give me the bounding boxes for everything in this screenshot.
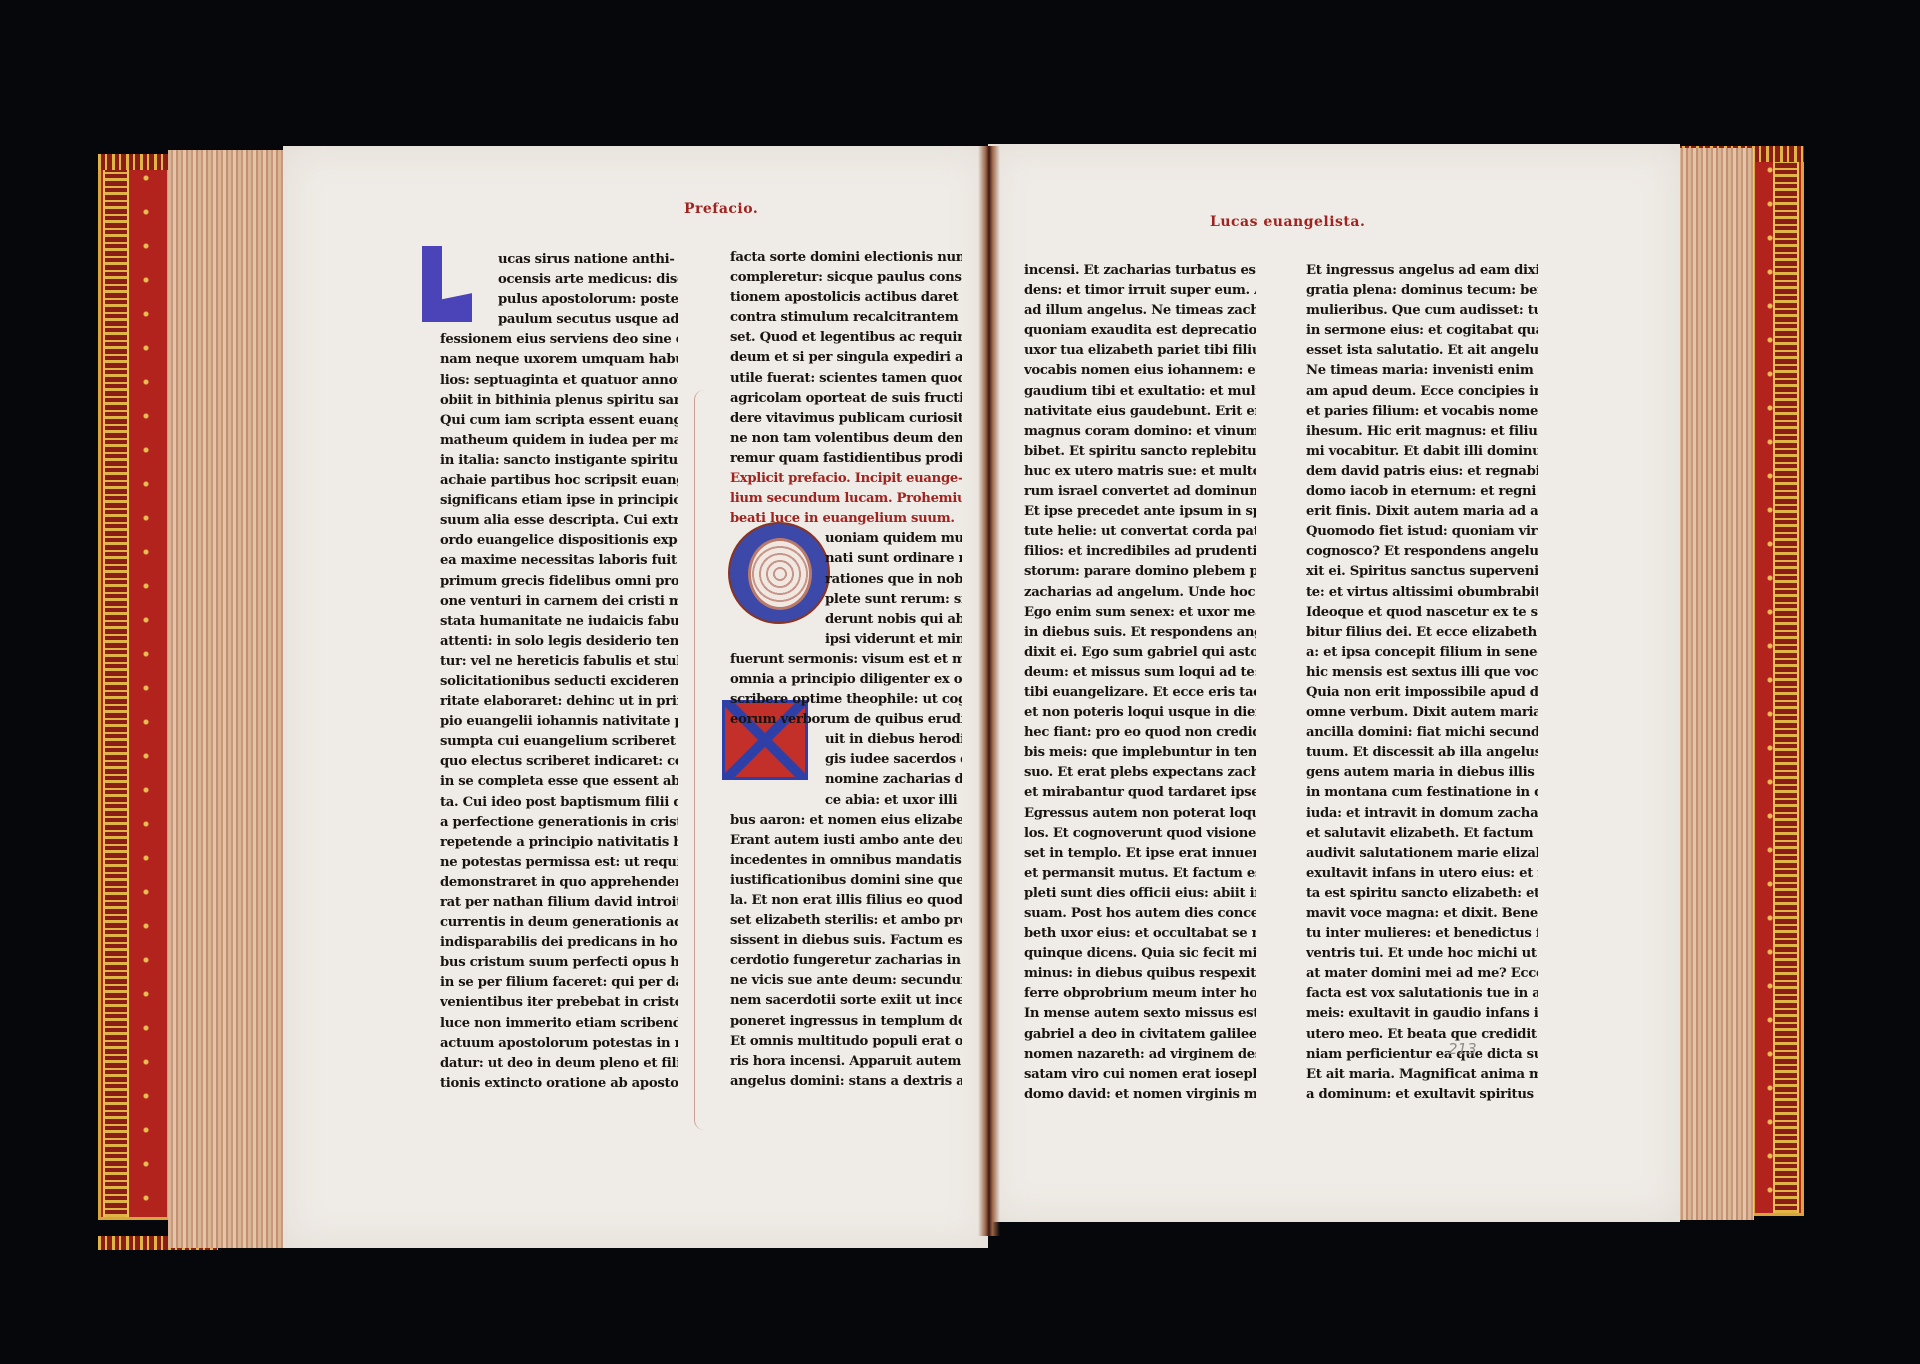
text-line: meis: exultavit in gaudio infans in bbox=[1306, 1004, 1538, 1024]
text-line: utile fuerat: scientes tamen quod operan… bbox=[730, 369, 962, 389]
text-line: rationes que in nobis com- bbox=[730, 570, 962, 590]
text-line: exultavit infans in utero eius: et reple… bbox=[1306, 864, 1538, 884]
text-line: Et ipse precedet ante ipsum in spiritu e… bbox=[1024, 502, 1256, 522]
text-line: ris hora incensi. Apparuit autem illi bbox=[730, 1052, 962, 1072]
text-line: datur: ut deo in deum pleno et filio per… bbox=[440, 1054, 678, 1074]
text-line: Erant autem iusti ambo ante deum: bbox=[730, 831, 962, 851]
text-line: deum: et missus sum loqui ad te: et hec bbox=[1024, 663, 1256, 683]
text-line: derunt nobis qui ab initio bbox=[730, 610, 962, 630]
text-line: nomine zacharias de vi- bbox=[730, 770, 962, 790]
text-line: tionem apostolicis actibus daret quem di… bbox=[730, 288, 962, 308]
text-line: sumpta cui euangelium scriberet et in bbox=[440, 732, 678, 752]
text-line: facta sorte domini electionis numerus bbox=[730, 248, 962, 268]
text-line: sissent in diebus suis. Factum est autem… bbox=[730, 931, 962, 951]
text-line: audivit salutationem marie elizabeth: bbox=[1306, 844, 1538, 864]
text-line: cerdotio fungeretur zacharias in ordi- bbox=[730, 951, 962, 971]
right-cover-binding bbox=[1752, 146, 1804, 1216]
text-line: nativitate eius gaudebunt. Erit enim bbox=[1024, 402, 1256, 422]
text-line: storum: parare domino plebem perfectam. … bbox=[1024, 562, 1256, 582]
text-line: quoniam exaudita est deprecatio tua. Et bbox=[1024, 321, 1256, 341]
text-line: iustificationibus domini sine quere- bbox=[730, 871, 962, 891]
text-line: currentis in deum generationis admisso- bbox=[440, 913, 678, 933]
text-line: tibi euangelizare. Et ecce eris tacens: bbox=[1024, 683, 1256, 703]
text-line: poneret ingressus in templum domini. bbox=[730, 1012, 962, 1032]
text-line: pleti sunt dies officii eius: abiit in d… bbox=[1024, 884, 1256, 904]
text-line: dixit ei. Ego sum gabriel qui asto ante bbox=[1024, 643, 1256, 663]
text-line: uoniam quidem multi co- bbox=[730, 529, 962, 549]
text-line: los. Et cognoverunt quod visionem vidis- bbox=[1024, 824, 1256, 844]
text-line: ritate elaboraret: dehinc ut in princi- bbox=[440, 692, 678, 712]
open-book: Prefacio. Lucas euangelista. ucas sirus … bbox=[0, 0, 1920, 1364]
text-line: incedentes in omnibus mandatis et bbox=[730, 851, 962, 871]
text-column-3: incensi. Et zacharias turbatus est vi- d… bbox=[1024, 261, 1256, 1105]
text-line: ucas sirus natione anthi- bbox=[440, 250, 678, 270]
text-line: rum israel convertet ad dominum deum ips… bbox=[1024, 482, 1256, 502]
text-column-2: facta sorte domini electionis numerus co… bbox=[730, 248, 962, 1092]
text-line: In mense autem sexto missus est angelus bbox=[1024, 1004, 1256, 1024]
text-line: mulieribus. Que cum audisset: turbata es… bbox=[1306, 301, 1538, 321]
text-line: rat per nathan filium david introitu re- bbox=[440, 893, 678, 913]
text-line: in italia: sancto instigante spiritu in bbox=[440, 451, 678, 471]
text-line: ta. Cui ideo post baptismum filii dei bbox=[440, 793, 678, 813]
text-line: tu inter mulieres: et benedictus fructus bbox=[1306, 924, 1538, 944]
text-line: iuda: et intravit in domum zacharie. bbox=[1306, 804, 1538, 824]
text-line: compleretur: sicque paulus consumma- bbox=[730, 268, 962, 288]
text-line: omne verbum. Dixit autem maria. Ecce bbox=[1306, 703, 1538, 723]
text-line: esset ista salutatio. Et ait angelus ei. bbox=[1306, 341, 1538, 361]
text-line: gratia plena: dominus tecum: benedicta t… bbox=[1306, 281, 1538, 301]
text-line: magnus coram domino: et vinum et siceram… bbox=[1024, 422, 1256, 442]
text-line: et paries filium: et vocabis nomen eius bbox=[1306, 402, 1538, 422]
text-line: fessionem eius serviens deo sine crimine… bbox=[440, 330, 678, 350]
text-line: te: et virtus altissimi obumbrabit tibi. bbox=[1306, 583, 1538, 603]
text-line: Ideoque et quod nascetur ex te sanctum: … bbox=[1306, 603, 1538, 623]
left-cover-binding bbox=[98, 154, 170, 1220]
text-column-4: Et ingressus angelus ad eam dixit. Ave g… bbox=[1306, 261, 1538, 1105]
fleur-de-lis-strip bbox=[131, 161, 161, 1213]
text-line: xit ei. Spiritus sanctus superveniet in bbox=[1306, 562, 1538, 582]
text-line: suum alia esse descripta. Cui extra ea q… bbox=[440, 511, 678, 531]
text-line: mavit voce magna: et dixit. Benedicta bbox=[1306, 904, 1538, 924]
marginal-filigree-decoration bbox=[694, 390, 715, 1130]
text-line: ancilla domini: fiat michi secundum verb… bbox=[1306, 723, 1538, 743]
text-line: am apud deum. Ecce concipies in utero bbox=[1306, 382, 1538, 402]
rubric-line: Explicit prefacio. Incipit euange- bbox=[730, 469, 962, 489]
text-line: lios: septuaginta et quatuor annorum bbox=[440, 371, 678, 391]
text-line: utero meo. Et beata que credidit: quo- bbox=[1306, 1025, 1538, 1045]
text-line: incensi. Et zacharias turbatus est vi- bbox=[1024, 261, 1256, 281]
text-line: quo electus scriberet indicaret: contest… bbox=[440, 752, 678, 772]
text-line: suo. Et erat plebs expectans zachariam: bbox=[1024, 763, 1256, 783]
text-line: bus aaron: et nomen eius elizabeth. bbox=[730, 811, 962, 831]
text-line: matheum quidem in iudea per marcum autem bbox=[440, 431, 678, 451]
text-line: bus cristum suum perfecti opus hominis r… bbox=[440, 953, 678, 973]
text-line: in montana cum festinatione in civitatem bbox=[1306, 783, 1538, 803]
text-line: niam perficientur ea que dicta sunt ei a… bbox=[1306, 1045, 1538, 1065]
text-line: ne non tam volentibus deum demonstrare v… bbox=[730, 429, 962, 449]
text-line: Et omnis multitudo populi erat orans fo- bbox=[730, 1032, 962, 1052]
text-line: nomen nazareth: ad virginem despon- bbox=[1024, 1045, 1256, 1065]
text-line: et salutavit elizabeth. Et factum est ut bbox=[1306, 824, 1538, 844]
text-line: gens autem maria in diebus illis abiit bbox=[1306, 763, 1538, 783]
text-line: nati sunt ordinare nar- bbox=[730, 549, 962, 569]
text-line: bitur filius dei. Et ecce elizabeth cogn… bbox=[1306, 623, 1538, 643]
text-line: erit finis. Dixit autem maria ad angelum… bbox=[1306, 502, 1538, 522]
text-line: a dominum: et exultavit spiritus meus in bbox=[1306, 1085, 1538, 1105]
text-line: quinque dicens. Quia sic fecit michi do- bbox=[1024, 944, 1256, 964]
text-line: ea maxime necessitas laboris fuit: ut bbox=[440, 551, 678, 571]
text-line: ad illum angelus. Ne timeas zacharia: bbox=[1024, 301, 1256, 321]
text-line: tuum. Et discessit ab illa angelus. Exsu… bbox=[1306, 743, 1538, 763]
book-gutter bbox=[978, 146, 1000, 1236]
rubric-line: lium secundum lucam. Prohemium ipsius bbox=[730, 489, 962, 509]
text-line: tute helie: ut convertat corda patrum in bbox=[1024, 522, 1256, 542]
text-line: et permansit mutus. Et factum est ut im- bbox=[1024, 864, 1256, 884]
text-line: mi vocabitur. Et dabit illi dominus deus… bbox=[1306, 442, 1538, 462]
text-line: bis meis: que implebuntur in tempore bbox=[1024, 743, 1256, 763]
text-line: tur: vel ne hereticis fabulis et stultis bbox=[440, 652, 678, 672]
text-line: actuum apostolorum potestas in ministeri… bbox=[440, 1034, 678, 1054]
text-line: cognosco? Et respondens angelus di- bbox=[1306, 542, 1538, 562]
text-line: dem david patris eius: et regnabit in bbox=[1306, 462, 1538, 482]
text-line: et non poteris loqui usque in diem quo bbox=[1024, 703, 1256, 723]
text-line: zacharias ad angelum. Unde hoc sciam? bbox=[1024, 583, 1256, 603]
text-line: nam neque uxorem umquam habuit neque fi- bbox=[440, 350, 678, 370]
text-line: luce non immerito etiam scribendorum bbox=[440, 1014, 678, 1034]
text-line: remur quam fastidientibus prodidisse. bbox=[730, 449, 962, 469]
text-line: Quia non erit impossibile apud deum bbox=[1306, 683, 1538, 703]
running-head-left: Prefacio. bbox=[684, 201, 758, 217]
text-line: fuerunt sermonis: visum est et michi ass… bbox=[730, 650, 962, 670]
text-line: stata humanitate ne iudaicis fabulis bbox=[440, 612, 678, 632]
text-line: in sermone eius: et cogitabat qualis bbox=[1306, 321, 1538, 341]
text-line: domo iacob in eternum: et regni eius non bbox=[1306, 482, 1538, 502]
running-head-right: Lucas euangelista. bbox=[1210, 214, 1365, 230]
text-column-1: ucas sirus natione anthi- ocensis arte m… bbox=[440, 250, 678, 1094]
text-line: attenti: in solo legis desiderio tenere- bbox=[440, 632, 678, 652]
text-line: facta est vox salutationis tue in auribu… bbox=[1306, 984, 1538, 1004]
text-line: angelus domini: stans a dextris altaris bbox=[730, 1072, 962, 1092]
text-line: beth uxor eius: et occultabat se mensibu… bbox=[1024, 924, 1256, 944]
text-line: significans etiam ipse in principio ante bbox=[440, 491, 678, 511]
rubric-line: beati luce in euangelium suum. bbox=[730, 509, 962, 529]
text-line: pio euangelii iohannis nativitate pre- bbox=[440, 712, 678, 732]
text-line: indisparabilis dei predicans in homini- bbox=[440, 933, 678, 953]
text-line: obiit in bithinia plenus spiritu sancto. bbox=[440, 391, 678, 411]
text-line: pulus apostolorum: postea bbox=[440, 290, 678, 310]
fleur-de-lis-strip bbox=[1755, 153, 1773, 1209]
text-line: Ne timeas maria: invenisti enim grati- bbox=[1306, 361, 1538, 381]
text-line: in se per filium faceret: qui per david … bbox=[440, 973, 678, 993]
text-line: bibet. Et spiritu sancto replebitur ad- bbox=[1024, 442, 1256, 462]
text-line: Qui cum iam scripta essent euangelia per bbox=[440, 411, 678, 431]
text-line: set. Quod et legentibus ac requirentibus bbox=[730, 328, 962, 348]
text-line: dere vitavimus publicam curiositatem: bbox=[730, 409, 962, 429]
text-line: et mirabantur quod tardaret ipse in temp… bbox=[1024, 783, 1256, 803]
text-line: deum et si per singula expediri a nobis bbox=[730, 348, 962, 368]
text-line: eorum verborum de quibus eruditus es ver… bbox=[730, 710, 962, 730]
text-line: set in templo. Et ipse erat innuens illi… bbox=[1024, 844, 1256, 864]
text-line: achaie partibus hoc scripsit euangelium: bbox=[440, 471, 678, 491]
text-line: one venturi in carnem dei cristi manife- bbox=[440, 592, 678, 612]
text-line: ferre obprobrium meum inter homines. bbox=[1024, 984, 1256, 1004]
right-page-edges bbox=[1678, 148, 1754, 1220]
text-line: tionis extincto oratione ab apostolis bbox=[440, 1074, 678, 1094]
text-line: gis iudee sacerdos quidam bbox=[730, 750, 962, 770]
text-line: ce abia: et uxor illi de filia- bbox=[730, 791, 962, 811]
text-line: repetende a principio nativitatis huma- bbox=[440, 833, 678, 853]
text-line: venientibus iter prebebat in cristo. Cui bbox=[440, 993, 678, 1013]
text-line: in se completa esse que essent ab aliis … bbox=[440, 772, 678, 792]
text-line: nem sacerdotii sorte exiit ut incensum bbox=[730, 991, 962, 1011]
text-line: ne vicis sue ante deum: secundum consuet… bbox=[730, 971, 962, 991]
text-line: hec fiant: pro eo quod non credidisti ve… bbox=[1024, 723, 1256, 743]
text-line: suam. Post hos autem dies concepit eliza… bbox=[1024, 904, 1256, 924]
text-line: domo david: et nomen virginis maria. bbox=[1024, 1085, 1256, 1105]
left-page-edges bbox=[168, 150, 283, 1248]
text-line: plete sunt rerum: sicut tradi- bbox=[730, 590, 962, 610]
page-number: 213 bbox=[1448, 1040, 1477, 1058]
text-line: la. Et non erat illis filius eo quod es- bbox=[730, 891, 962, 911]
text-line: huc ex utero matris sue: et multos filio… bbox=[1024, 462, 1256, 482]
text-line: Et ait maria. Magnificat anima me- bbox=[1306, 1065, 1538, 1085]
text-line: vocabis nomen eius iohannem: et erit bbox=[1024, 361, 1256, 381]
text-line: ventris tui. Et unde hoc michi ut veni- bbox=[1306, 944, 1538, 964]
greek-key-border bbox=[103, 157, 129, 1217]
text-line: dens: et timor irruit super eum. Ait aut… bbox=[1024, 281, 1256, 301]
text-line: minus: in diebus quibus respexit au- bbox=[1024, 964, 1256, 984]
text-line: gabriel a deo in civitatem galilee cui bbox=[1024, 1025, 1256, 1045]
text-line: ordo euangelice dispositionis exposcit- bbox=[440, 531, 678, 551]
text-line: Ego enim sum senex: et uxor mea processi… bbox=[1024, 603, 1256, 623]
text-line: filios: et incredibiles ad prudentiam iu… bbox=[1024, 542, 1256, 562]
text-line: gaudium tibi et exultatio: et multi in bbox=[1024, 382, 1256, 402]
text-line: uxor tua elizabeth pariet tibi filium: e… bbox=[1024, 341, 1256, 361]
text-line: uit in diebus herodis re- bbox=[730, 730, 962, 750]
text-line: a perfectione generationis in cristo imp… bbox=[440, 813, 678, 833]
greek-key-border bbox=[1773, 149, 1799, 1213]
text-line: omnia a principio diligenter ex ordine t… bbox=[730, 670, 962, 690]
text-line: in diebus suis. Et respondens angelus bbox=[1024, 623, 1256, 643]
text-line: primum grecis fidelibus omni prophetati- bbox=[440, 572, 678, 592]
text-line: ne potestas permissa est: ut requirentib… bbox=[440, 853, 678, 873]
text-line: scribere optime theophile: ut cognoscas bbox=[730, 690, 962, 710]
text-line: ta est spiritu sancto elizabeth: et excl… bbox=[1306, 884, 1538, 904]
text-line: ocensis arte medicus: disci- bbox=[440, 270, 678, 290]
text-line: at mater domini mei ad me? Ecce enim ut bbox=[1306, 964, 1538, 984]
text-line: ipsi viderunt et ministri bbox=[730, 630, 962, 650]
text-line: solicitationibus seducti exciderent a ve… bbox=[440, 672, 678, 692]
text-line: set elizabeth sterilis: et ambo proces- bbox=[730, 911, 962, 931]
text-line: Egressus autem non poterat loqui ad il- bbox=[1024, 804, 1256, 824]
text-line: hic mensis est sextus illi que vocatur s… bbox=[1306, 663, 1538, 683]
text-line: satam viro cui nomen erat ioseph de bbox=[1024, 1065, 1256, 1085]
text-line: agricolam oporteat de suis fructibus e- bbox=[730, 389, 962, 409]
text-line: Et ingressus angelus ad eam dixit. Ave bbox=[1306, 261, 1538, 281]
text-line: Quomodo fiet istud: quoniam virum non bbox=[1306, 522, 1538, 542]
text-line: paulum secutus usque ad con- bbox=[440, 310, 678, 330]
text-line: demonstraret in quo apprehendens e- bbox=[440, 873, 678, 893]
text-line: ihesum. Hic erit magnus: et filius altis… bbox=[1306, 422, 1538, 442]
text-line: a: et ipsa concepit filium in senectute … bbox=[1306, 643, 1538, 663]
text-line: contra stimulum recalcitrantem dominus e… bbox=[730, 308, 962, 328]
